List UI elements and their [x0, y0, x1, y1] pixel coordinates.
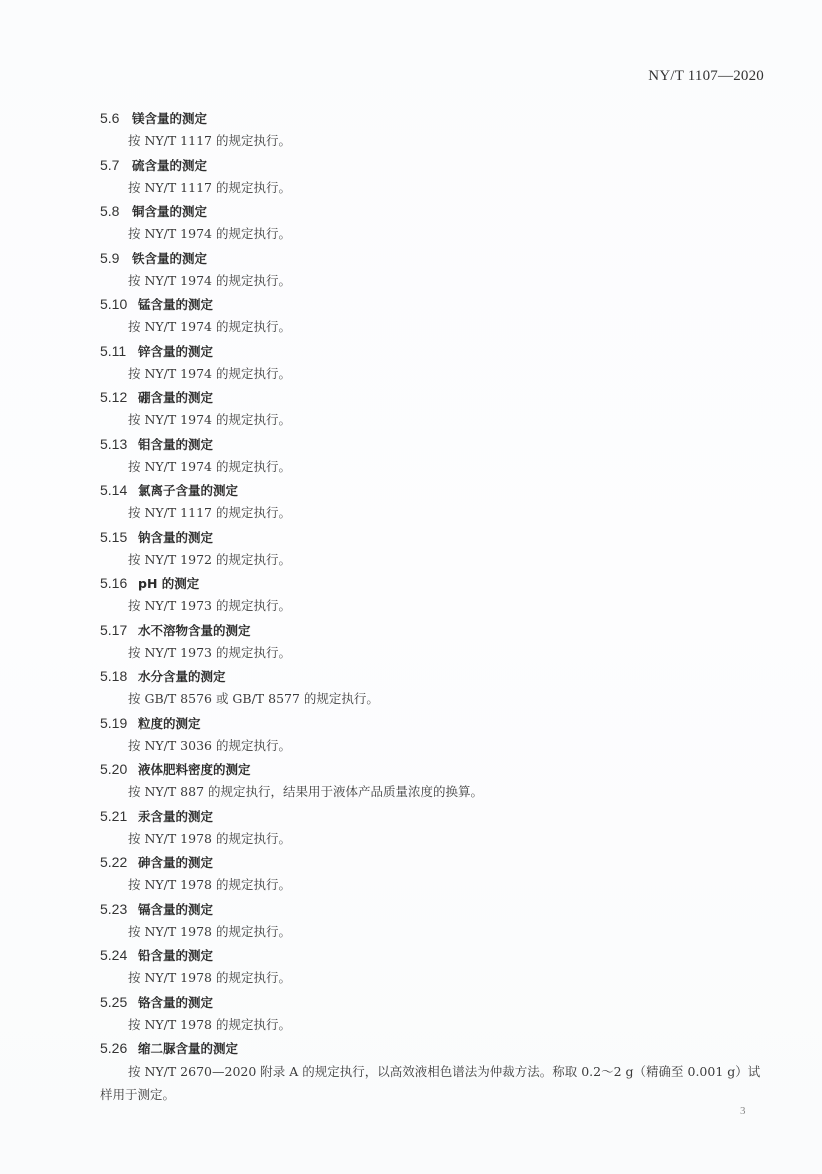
section-number: 5.15 — [100, 526, 134, 548]
section-heading: 5.23镉含量的测定 — [100, 898, 213, 920]
section-5-16: 5.16pH 的测定 按 NY/T 1973 的规定执行。 — [100, 572, 780, 619]
section-body: 按 NY/T 1973 的规定执行。 — [128, 595, 291, 617]
section-body: 按 NY/T 1978 的规定执行。 — [128, 828, 291, 850]
section-number: 5.6 — [100, 107, 128, 129]
section-title: 氯离子含量的测定 — [138, 483, 238, 498]
section-heading: 5.18水分含量的测定 — [100, 665, 226, 687]
section-number: 5.22 — [100, 851, 134, 873]
section-heading: 5.8铜含量的测定 — [100, 200, 207, 222]
section-5-17: 5.17水不溶物含量的测定 按 NY/T 1973 的规定执行。 — [100, 619, 780, 666]
section-heading: 5.19粒度的测定 — [100, 712, 201, 734]
section-title: 镁含量的测定 — [132, 111, 207, 126]
section-body: 按 NY/T 1974 的规定执行。 — [128, 223, 291, 245]
section-title: 铜含量的测定 — [132, 204, 207, 219]
document-page: NY/T 1107—2020 5.6镁含量的测定 按 NY/T 1117 的规定… — [0, 0, 822, 1174]
section-number: 5.25 — [100, 991, 134, 1013]
section-number: 5.20 — [100, 758, 134, 780]
section-heading: 5.20液体肥料密度的测定 — [100, 758, 251, 780]
section-body: 按 NY/T 1974 的规定执行。 — [128, 363, 291, 385]
section-title: 液体肥料密度的测定 — [138, 762, 251, 777]
section-heading: 5.7硫含量的测定 — [100, 154, 207, 176]
section-title: 锌含量的测定 — [138, 344, 213, 359]
section-number: 5.19 — [100, 712, 134, 734]
section-number: 5.7 — [100, 154, 128, 176]
section-body: 按 NY/T 1117 的规定执行。 — [128, 130, 291, 152]
section-number: 5.14 — [100, 479, 134, 501]
section-5-12: 5.12硼含量的测定 按 NY/T 1974 的规定执行。 — [100, 386, 780, 433]
section-5-20: 5.20液体肥料密度的测定 按 NY/T 887 的规定执行，结果用于液体产品质… — [100, 758, 780, 805]
section-body: 按 NY/T 1974 的规定执行。 — [128, 270, 291, 292]
section-number: 5.8 — [100, 200, 128, 222]
section-body: 按 NY/T 1974 的规定执行。 — [128, 316, 291, 338]
section-5-18: 5.18水分含量的测定 按 GB/T 8576 或 GB/T 8577 的规定执… — [100, 665, 780, 712]
section-number: 5.17 — [100, 619, 134, 641]
section-title: pH 的测定 — [138, 576, 199, 591]
section-heading: 5.6镁含量的测定 — [100, 107, 207, 129]
section-5-21: 5.21汞含量的测定 按 NY/T 1978 的规定执行。 — [100, 805, 780, 852]
section-5-10: 5.10锰含量的测定 按 NY/T 1974 的规定执行。 — [100, 293, 780, 340]
section-title: 水不溶物含量的测定 — [138, 623, 251, 638]
section-body: 按 NY/T 1117 的规定执行。 — [128, 502, 291, 524]
section-title: 硫含量的测定 — [132, 158, 207, 173]
section-body: 按 NY/T 1972 的规定执行。 — [128, 549, 291, 571]
section-body: 按 NY/T 1974 的规定执行。 — [128, 409, 291, 431]
section-number: 5.10 — [100, 293, 134, 315]
section-body: 按 NY/T 1117 的规定执行。 — [128, 177, 291, 199]
section-list: 5.6镁含量的测定 按 NY/T 1117 的规定执行。 5.7硫含量的测定 按… — [100, 107, 780, 1084]
section-number: 5.26 — [100, 1037, 134, 1059]
section-5-24: 5.24铅含量的测定 按 NY/T 1978 的规定执行。 — [100, 944, 780, 991]
section-5-22: 5.22砷含量的测定 按 NY/T 1978 的规定执行。 — [100, 851, 780, 898]
section-title: 汞含量的测定 — [138, 809, 213, 824]
section-body: 按 NY/T 887 的规定执行，结果用于液体产品质量浓度的换算。 — [128, 781, 483, 803]
section-heading: 5.24铅含量的测定 — [100, 944, 213, 966]
section-5-13: 5.13钼含量的测定 按 NY/T 1974 的规定执行。 — [100, 433, 780, 480]
section-heading: 5.15钠含量的测定 — [100, 526, 213, 548]
section-heading: 5.10锰含量的测定 — [100, 293, 213, 315]
section-title: 铬含量的测定 — [138, 995, 213, 1010]
section-heading: 5.14氯离子含量的测定 — [100, 479, 238, 501]
section-title: 锰含量的测定 — [138, 297, 213, 312]
section-5-7: 5.7硫含量的测定 按 NY/T 1117 的规定执行。 — [100, 154, 780, 201]
section-title: 铅含量的测定 — [138, 948, 213, 963]
section-body: 按 NY/T 1974 的规定执行。 — [128, 456, 291, 478]
section-heading: 5.12硼含量的测定 — [100, 386, 213, 408]
section-heading: 5.11锌含量的测定 — [100, 340, 213, 362]
section-number: 5.12 — [100, 386, 134, 408]
section-body: 按 NY/T 1978 的规定执行。 — [128, 874, 291, 896]
section-number: 5.13 — [100, 433, 134, 455]
section-number: 5.11 — [100, 340, 134, 362]
section-heading: 5.22砷含量的测定 — [100, 851, 213, 873]
section-body: 按 NY/T 1973 的规定执行。 — [128, 642, 291, 664]
section-body: 按 NY/T 2670—2020 附录 A 的规定执行，以高效液相色谱法为仲裁方… — [100, 1060, 765, 1106]
section-number: 5.9 — [100, 247, 128, 269]
section-5-8: 5.8铜含量的测定 按 NY/T 1974 的规定执行。 — [100, 200, 780, 247]
section-heading: 5.17水不溶物含量的测定 — [100, 619, 251, 641]
section-5-15: 5.15钠含量的测定 按 NY/T 1972 的规定执行。 — [100, 526, 780, 573]
section-title: 镉含量的测定 — [138, 902, 213, 917]
section-number: 5.23 — [100, 898, 134, 920]
standard-code-header: NY/T 1107—2020 — [648, 68, 764, 85]
section-body: 按 NY/T 3036 的规定执行。 — [128, 735, 291, 757]
section-body: 按 NY/T 1978 的规定执行。 — [128, 967, 291, 989]
section-heading: 5.9铁含量的测定 — [100, 247, 207, 269]
section-body: 按 GB/T 8576 或 GB/T 8577 的规定执行。 — [128, 688, 379, 710]
section-title: 硼含量的测定 — [138, 390, 213, 405]
section-number: 5.16 — [100, 572, 134, 594]
section-title: 水分含量的测定 — [138, 669, 226, 684]
section-body: 按 NY/T 1978 的规定执行。 — [128, 921, 291, 943]
section-title: 钠含量的测定 — [138, 530, 213, 545]
section-heading: 5.21汞含量的测定 — [100, 805, 213, 827]
section-heading: 5.26缩二脲含量的测定 — [100, 1037, 238, 1059]
section-title: 砷含量的测定 — [138, 855, 213, 870]
section-body: 按 NY/T 1978 的规定执行。 — [128, 1014, 291, 1036]
section-title: 粒度的测定 — [138, 716, 201, 731]
section-number: 5.24 — [100, 944, 134, 966]
section-5-19: 5.19粒度的测定 按 NY/T 3036 的规定执行。 — [100, 712, 780, 759]
section-heading: 5.13钼含量的测定 — [100, 433, 213, 455]
section-title: 缩二脲含量的测定 — [138, 1041, 238, 1056]
section-5-11: 5.11锌含量的测定 按 NY/T 1974 的规定执行。 — [100, 340, 780, 387]
page-number: 3 — [740, 1105, 746, 1117]
section-heading: 5.16pH 的测定 — [100, 572, 199, 594]
section-5-26: 5.26缩二脲含量的测定 按 NY/T 2670—2020 附录 A 的规定执行… — [100, 1037, 780, 1084]
section-5-25: 5.25铬含量的测定 按 NY/T 1978 的规定执行。 — [100, 991, 780, 1038]
section-title: 铁含量的测定 — [132, 251, 207, 266]
section-number: 5.21 — [100, 805, 134, 827]
section-title: 钼含量的测定 — [138, 437, 213, 452]
section-5-9: 5.9铁含量的测定 按 NY/T 1974 的规定执行。 — [100, 247, 780, 294]
section-5-14: 5.14氯离子含量的测定 按 NY/T 1117 的规定执行。 — [100, 479, 780, 526]
section-number: 5.18 — [100, 665, 134, 687]
section-5-6: 5.6镁含量的测定 按 NY/T 1117 的规定执行。 — [100, 107, 780, 154]
section-5-23: 5.23镉含量的测定 按 NY/T 1978 的规定执行。 — [100, 898, 780, 945]
section-heading: 5.25铬含量的测定 — [100, 991, 213, 1013]
